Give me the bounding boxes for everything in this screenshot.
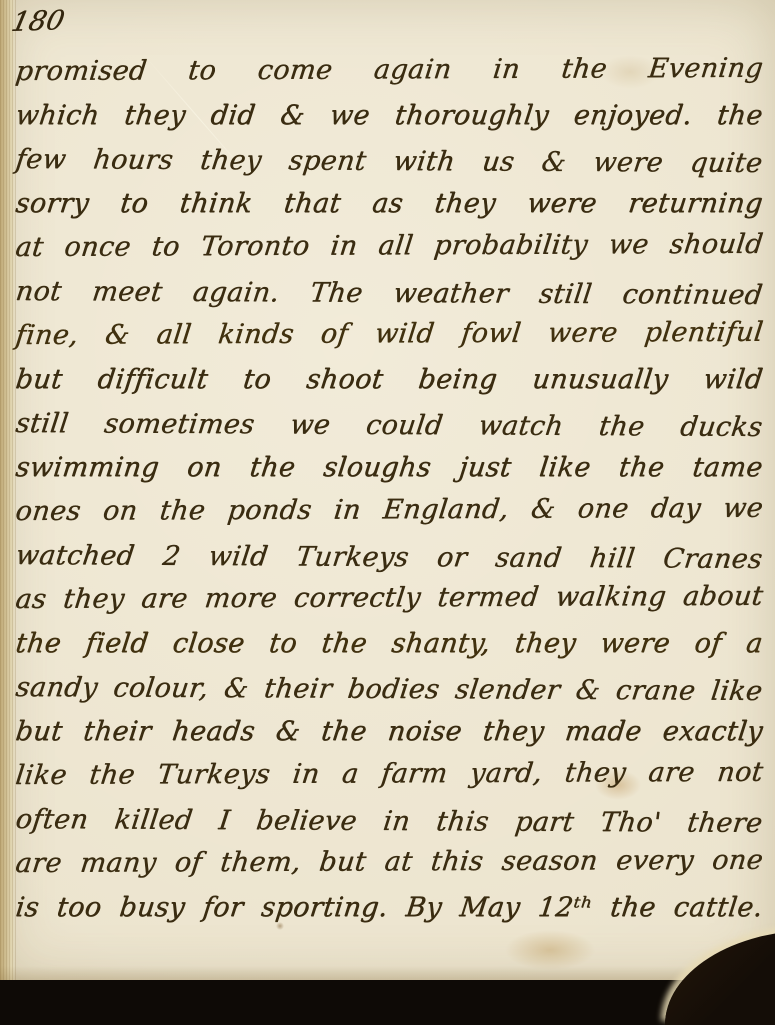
manuscript-page: 180 promised to come again in the Evenin…: [0, 0, 775, 980]
manuscript-line: few hours they spent with us & were quit…: [13, 138, 765, 186]
manuscript-line: ones on the ponds in England, & one day …: [13, 487, 766, 534]
manuscript-line: fine, & all kinds of wild fowl were plen…: [13, 311, 766, 358]
manuscript-line: but their heads & the noise they made ex…: [13, 710, 765, 754]
manuscript-line: still sometimes we could watch the ducks: [13, 402, 765, 450]
manuscript-line: swimming on the sloughs just like the ta…: [13, 446, 765, 490]
manuscript-line: as they are more correctly termed walkin…: [13, 575, 766, 622]
manuscript-line: promised to come again in the Evening: [13, 47, 766, 94]
foxing-stain: [505, 930, 595, 970]
manuscript-line: which they did & we thoroughly enjoyed. …: [13, 94, 765, 138]
page-bottom-shadow: [0, 966, 775, 980]
manuscript-line: is too busy for sporting. By May 12ᵗʰ th…: [13, 886, 765, 930]
manuscript-line: at once to Toronto in all probability we…: [13, 223, 766, 270]
page-number: 180: [8, 5, 67, 38]
manuscript-line: are many of them, but at this season eve…: [13, 839, 766, 886]
manuscript-line: the field close to the shanty, they were…: [13, 622, 765, 666]
manuscript-line: but difficult to shoot being unusually w…: [13, 358, 765, 402]
manuscript-text: promised to come again in the Evening wh…: [13, 50, 760, 930]
manuscript-line: sorry to think that as they were returni…: [13, 182, 765, 226]
manuscript-line: like the Turkeys in a farm yard, they ar…: [13, 751, 766, 798]
manuscript-line: sandy colour, & their bodies slender & c…: [13, 666, 765, 714]
